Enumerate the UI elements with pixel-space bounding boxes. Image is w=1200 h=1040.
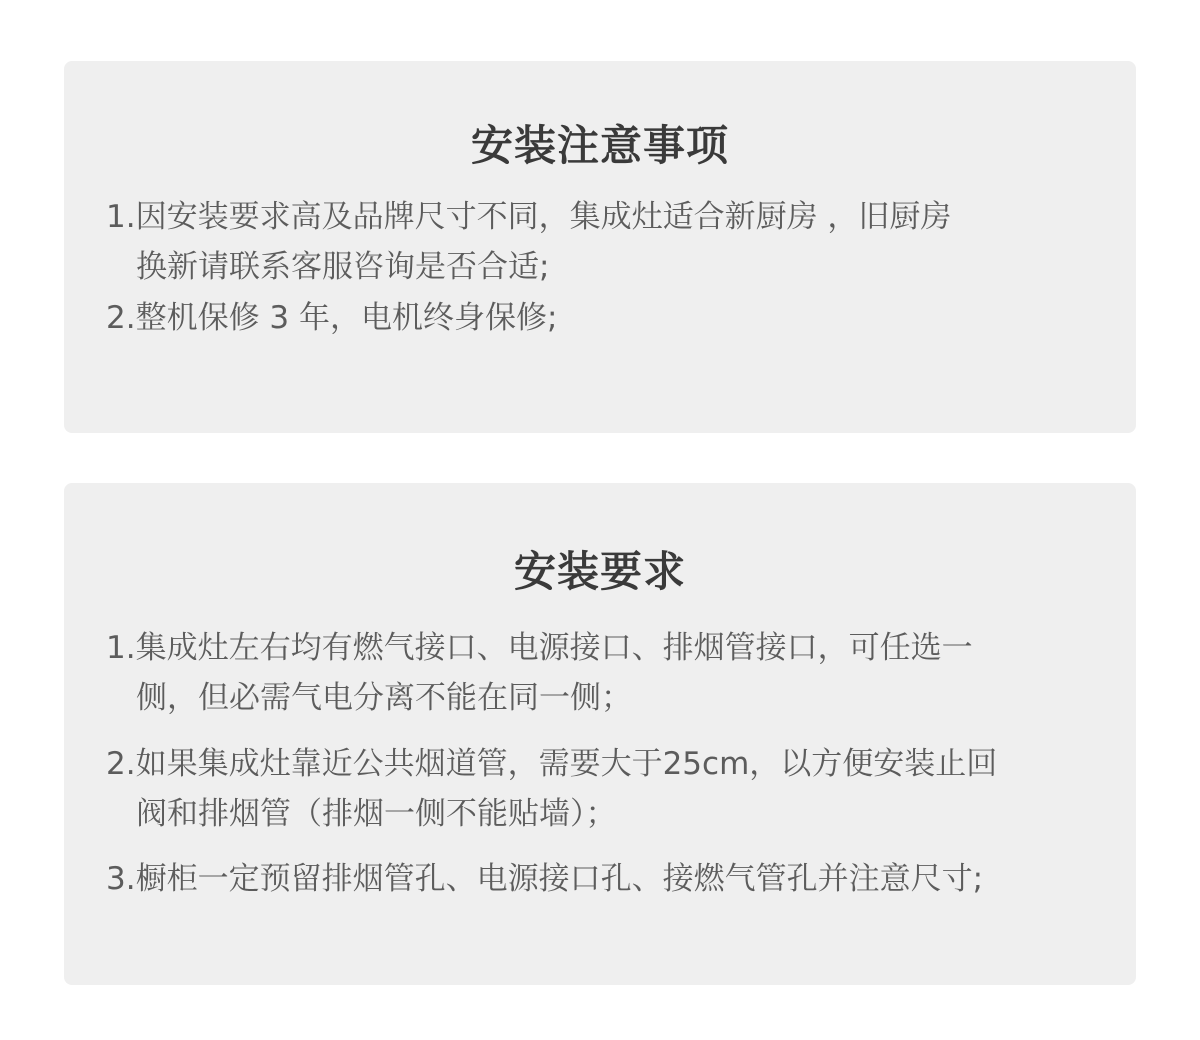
item-text: 2.如果集成灶靠近公共烟道管，需要大于25cm，以方便安装止回 bbox=[106, 739, 1066, 789]
list-item: 2.整机保修 3 年，电机终身保修; bbox=[106, 293, 1066, 343]
item-text-continued: 阀和排烟管（排烟一侧不能贴墙）； bbox=[106, 789, 1066, 839]
item-text-continued: 换新请联系客服咨询是否合适; bbox=[106, 242, 1066, 292]
list-item: 1.因安装要求高及品牌尺寸不同，集成灶适合新厨房 ，旧厨房 换新请联系客服咨询是… bbox=[106, 192, 1066, 292]
item-text-continued: 侧，但必需气电分离不能在同一侧； bbox=[106, 673, 1066, 723]
section-title: 安装注意事项 bbox=[64, 113, 1136, 173]
section-title: 安装要求 bbox=[64, 539, 1136, 599]
list-item: 2.如果集成灶靠近公共烟道管，需要大于25cm，以方便安装止回 阀和排烟管（排烟… bbox=[106, 739, 1066, 839]
list-item: 3.橱柜一定预留排烟管孔、电源接口孔、接燃气管孔并注意尺寸; bbox=[106, 854, 1066, 904]
installation-requirements-card: 安装要求 1.集成灶左右均有燃气接口、电源接口、排烟管接口，可任选一 侧，但必需… bbox=[64, 483, 1136, 985]
installation-notes-card: 安装注意事项 1.因安装要求高及品牌尺寸不同，集成灶适合新厨房 ，旧厨房 换新请… bbox=[64, 61, 1136, 433]
item-text: 3.橱柜一定预留排烟管孔、电源接口孔、接燃气管孔并注意尺寸; bbox=[106, 854, 1066, 904]
list-item: 1.集成灶左右均有燃气接口、电源接口、排烟管接口，可任选一 侧，但必需气电分离不… bbox=[106, 623, 1066, 723]
item-text: 2.整机保修 3 年，电机终身保修; bbox=[106, 293, 1066, 343]
item-text: 1.集成灶左右均有燃气接口、电源接口、排烟管接口，可任选一 bbox=[106, 623, 1066, 673]
item-text: 1.因安装要求高及品牌尺寸不同，集成灶适合新厨房 ，旧厨房 bbox=[106, 192, 1066, 242]
